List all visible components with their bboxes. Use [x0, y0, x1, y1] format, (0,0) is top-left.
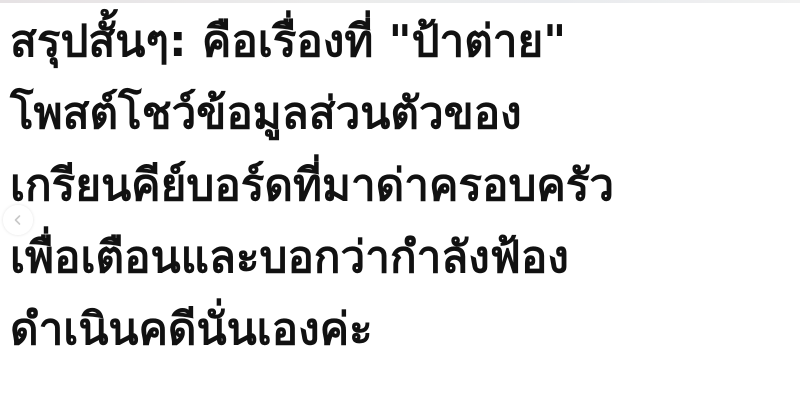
- carousel-prev-button[interactable]: [3, 205, 33, 235]
- post-line-2: โพสต์โชว์ข้อมูลส่วนตัวของ: [10, 78, 800, 150]
- top-edge-strip: [0, 0, 800, 3]
- post-line-1: สรุปสั้นๆ: คือเรื่องที่ "ป้าต่าย": [10, 6, 800, 78]
- post-text-block: สรุปสั้นๆ: คือเรื่องที่ "ป้าต่าย" โพสต์โ…: [10, 6, 800, 366]
- post-line-3: เกรียนคีย์บอร์ดที่มาด่าครอบครัว: [10, 150, 800, 222]
- post-line-5: ดำเนินคดีนั่นเองค่ะ: [10, 294, 800, 366]
- chevron-left-icon: [12, 214, 24, 226]
- post-line-4: เพื่อเตือนและบอกว่ากำลังฟ้อง: [10, 222, 800, 294]
- post-image-frame: สรุปสั้นๆ: คือเรื่องที่ "ป้าต่าย" โพสต์โ…: [0, 0, 800, 419]
